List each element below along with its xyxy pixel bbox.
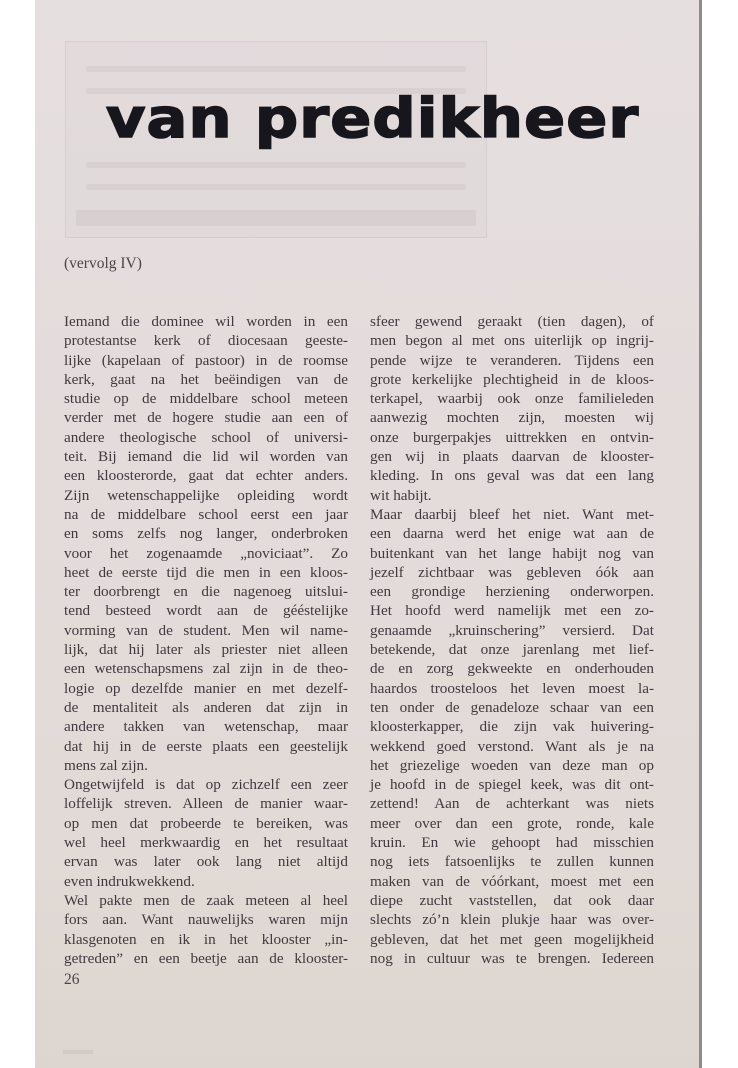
bleed-through-line xyxy=(86,66,466,72)
text-line: Zijn wetenschappelijke opleiding wordt xyxy=(64,486,348,505)
text-line: onze burgerpakjes uittrekken en ontvin- xyxy=(370,428,654,447)
text-line: een grondige herziening onderworpen. xyxy=(370,582,654,601)
text-line: Ongetwijfeld is dat op zichzelf een zeer xyxy=(64,775,348,794)
text-line: een kloosterorde, gaat dat echter anders… xyxy=(64,466,348,485)
paper-scuff xyxy=(63,1050,93,1054)
text-line: getreden” en een beetje aan de klooster- xyxy=(64,949,348,968)
text-line: slechts zó’n klein plukje haar was over- xyxy=(370,910,654,929)
text-line: fors aan. Want nauwelijks waren mijn xyxy=(64,910,348,929)
text-line: grote kerkelijke plechtigheid in de kloo… xyxy=(370,370,654,389)
text-line: de en zorg gekweekte en onderhouden xyxy=(370,659,654,678)
text-column-right: sfeer gewend geraakt (tien dagen), ofmen… xyxy=(370,312,654,968)
text-line: ervan was later ook lang niet altijd xyxy=(64,852,348,871)
text-line: zettend! Aan de achterkant was niets xyxy=(370,794,654,813)
text-line: even indrukwekkend. xyxy=(64,872,348,891)
text-line: sfeer gewend geraakt (tien dagen), of xyxy=(370,312,654,331)
text-line: kloosterkapper, die zijn vak huivering- xyxy=(370,717,654,736)
text-line: verder met de hogere studie aan een of xyxy=(64,408,348,427)
magazine-page: van predikheer (vervolg IV) Iemand die d… xyxy=(35,0,699,1068)
text-line: buitenkant van het lange habijt nog van xyxy=(370,544,654,563)
text-line: ten onder de genadeloze schaar van een xyxy=(370,698,654,717)
text-line: teit. Bij iemand die lid wil worden van xyxy=(64,447,348,466)
text-line: andere takken van wetenschap, maar xyxy=(64,717,348,736)
text-line: loffelijk streven. Alleen de manier waar… xyxy=(64,794,348,813)
text-line: wel heel merkwaardig en het resultaat xyxy=(64,833,348,852)
text-line: meer over dan een grote, ronde, kale xyxy=(370,814,654,833)
text-line: Iemand die dominee wil worden in een xyxy=(64,312,348,331)
text-line: nog iets fatsoenlijks te zullen kunnen xyxy=(370,852,654,871)
text-line: je hoofd in de spiegel keek, was dit ont… xyxy=(370,775,654,794)
text-column-left: Iemand die dominee wil worden in eenprot… xyxy=(64,312,348,968)
text-line: Het hoofd werd namelijk met een zo- xyxy=(370,601,654,620)
text-line: ter doorbrengt en die nagenoeg uitslui- xyxy=(64,582,348,601)
article-subtitle: (vervolg IV) xyxy=(64,255,142,273)
text-line: heet de eerste tijd die men in een kloos… xyxy=(64,563,348,582)
text-line: een wetenschapsmens zal zijn in de theo- xyxy=(64,659,348,678)
text-line: jezelf zichtbaar was gebleven óók aan xyxy=(370,563,654,582)
text-line: diepe zucht vaststellen, dat ook daar xyxy=(370,891,654,910)
bleed-through-heading xyxy=(76,210,476,226)
article-title: van predikheer xyxy=(106,92,639,146)
text-line: gen wij in plaats daarvan de klooster- xyxy=(370,447,654,466)
text-line: betekende, dat onze jarenlang met lief- xyxy=(370,640,654,659)
text-line: gebleven, dat het met geen mogelijkheid xyxy=(370,930,654,949)
text-line: kleding. In ons geval was dat een lang xyxy=(370,466,654,485)
text-line: voor het zogenaamde „noviciaat”. Zo xyxy=(64,544,348,563)
text-line: lijk, dat hij later als priester niet al… xyxy=(64,640,348,659)
text-line: dat hij in de eerste plaats een geesteli… xyxy=(64,737,348,756)
page-edge xyxy=(699,0,702,1068)
bleed-through-line xyxy=(86,162,466,168)
text-line: protestantse kerk of diocesaan geeste- xyxy=(64,331,348,350)
text-line: haardos troosteloos het leven moest la- xyxy=(370,679,654,698)
text-line: genaamde „kruinschering” versierd. Dat xyxy=(370,621,654,640)
text-line: andere theologische school of universi- xyxy=(64,428,348,447)
bleed-through-line xyxy=(86,184,466,190)
text-line: tend besteed wordt aan de gééstelijke xyxy=(64,601,348,620)
text-line: na de middelbare school eerst een jaar xyxy=(64,505,348,524)
text-line: vorming van de student. Men wil name- xyxy=(64,621,348,640)
text-line: kruin. En wie gehoopt had misschien xyxy=(370,833,654,852)
text-line: wit habijt. xyxy=(370,486,654,505)
text-line: aanwezig mochten zijn, moesten wij xyxy=(370,408,654,427)
text-line: pende wijze te veranderen. Tijdens een xyxy=(370,351,654,370)
text-line: en soms zelfs nog langer, onderbroken xyxy=(64,524,348,543)
text-line: mens zal zijn. xyxy=(64,756,348,775)
page-number: 26 xyxy=(64,971,80,989)
text-line: nog in cultuur was te brengen. Iedereen xyxy=(370,949,654,968)
text-line: lijke (kapelaan of pastoor) in de roomse xyxy=(64,351,348,370)
text-line: kerk, gaat na het beëindigen van de xyxy=(64,370,348,389)
text-line: Wel pakte men de zaak meteen al heel xyxy=(64,891,348,910)
text-line: het griezelige woeden van deze man op xyxy=(370,756,654,775)
text-line: maken van de vóórkant, moest met een xyxy=(370,872,654,891)
text-line: een daarna werd het enige wat aan de xyxy=(370,524,654,543)
text-line: op men dat probeerde te bereiken, was xyxy=(64,814,348,833)
text-line: men begon al met ons uiterlijk op ingrij… xyxy=(370,331,654,350)
text-line: studie op de middelbare school meteen xyxy=(64,389,348,408)
text-line: de mentaliteit als anderen dat zijn in xyxy=(64,698,348,717)
text-line: klasgenoten en ik in het klooster „in- xyxy=(64,930,348,949)
text-line: Maar daarbij bleef het niet. Want met- xyxy=(370,505,654,524)
text-line: wekkend goed verstond. Want als je na xyxy=(370,737,654,756)
text-line: terkapel, waarbij ook onze familieleden xyxy=(370,389,654,408)
text-line: logie op dezelfde manier en met dezelf- xyxy=(64,679,348,698)
